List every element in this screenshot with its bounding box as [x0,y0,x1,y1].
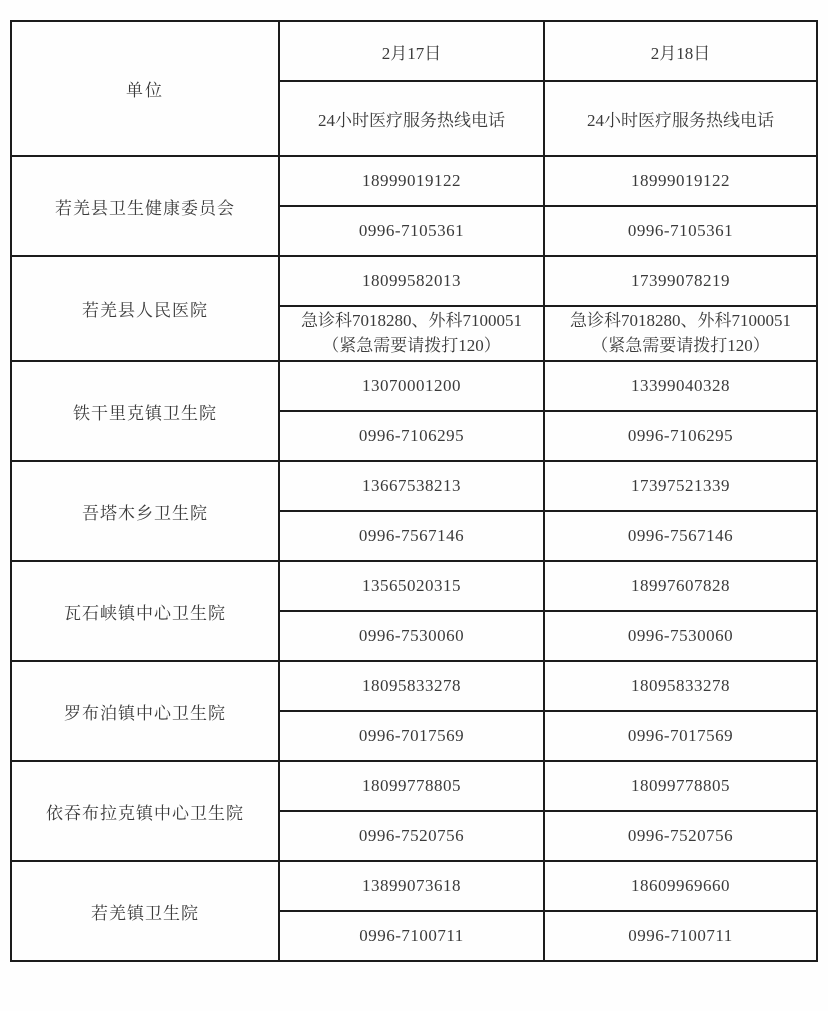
phone-cell: 13070001200 [279,361,544,411]
phone-cell: 0996-7017569 [544,711,817,761]
phone-cell: 18099778805 [544,761,817,811]
phone-cell: 13399040328 [544,361,817,411]
unit-name: 若羌县卫生健康委员会 [11,156,279,256]
unit-name: 瓦石峡镇中心卫生院 [11,561,279,661]
phone-cell: 0996-7567146 [544,511,817,561]
phone-cell: 0996-7100711 [279,911,544,961]
unit-name: 若羌镇卫生院 [11,861,279,961]
unit-name: 铁干里克镇卫生院 [11,361,279,461]
phone-cell: 18095833278 [279,661,544,711]
hotline-subtitle-feb18: 24小时医疗服务热线电话 [544,81,817,156]
phone-cell: 0996-7520756 [279,811,544,861]
phone-cell: 0996-7530060 [279,611,544,661]
unit-name: 依吞布拉克镇中心卫生院 [11,761,279,861]
header-row-dates: 单位 2月17日 2月18日 [11,21,817,81]
table-row: 瓦石峡镇中心卫生院 13565020315 18997607828 [11,561,817,611]
date-header-feb18: 2月18日 [544,21,817,81]
phone-cell: 0996-7530060 [544,611,817,661]
phone-cell: 18999019122 [544,156,817,206]
date-header-feb17: 2月17日 [279,21,544,81]
table-row: 依吞布拉克镇中心卫生院 18099778805 18099778805 [11,761,817,811]
phone-cell: 17397521339 [544,461,817,511]
phone-cell: 0996-7105361 [544,206,817,256]
table-row: 若羌县人民医院 18099582013 17399078219 [11,256,817,306]
table-row: 吾塔木乡卫生院 13667538213 17397521339 [11,461,817,511]
phone-cell: 18099778805 [279,761,544,811]
phone-cell: 0996-7106295 [279,411,544,461]
hotline-table: 单位 2月17日 2月18日 24小时医疗服务热线电话 24小时医疗服务热线电话… [10,20,818,962]
phone-cell: 0996-7106295 [544,411,817,461]
phone-cell: 18999019122 [279,156,544,206]
phone-cell: 13667538213 [279,461,544,511]
hotline-subtitle-feb17: 24小时医疗服务热线电话 [279,81,544,156]
phone-cell: 13565020315 [279,561,544,611]
unit-name: 吾塔木乡卫生院 [11,461,279,561]
unit-name: 罗布泊镇中心卫生院 [11,661,279,761]
table-row: 铁干里克镇卫生院 13070001200 13399040328 [11,361,817,411]
table-row: 罗布泊镇中心卫生院 18095833278 18095833278 [11,661,817,711]
unit-column-header: 单位 [11,21,279,156]
phone-cell: 0996-7567146 [279,511,544,561]
phone-cell: 0996-7520756 [544,811,817,861]
table-row: 若羌县卫生健康委员会 18999019122 18999019122 [11,156,817,206]
phone-cell: 18095833278 [544,661,817,711]
phone-cell: 17399078219 [544,256,817,306]
phone-cell: 13899073618 [279,861,544,911]
emergency-note-cell: 急诊科7018280、外科7100051 （紧急需要请拨打120） [544,306,817,361]
phone-cell: 18609969660 [544,861,817,911]
phone-cell: 0996-7017569 [279,711,544,761]
page: 单位 2月17日 2月18日 24小时医疗服务热线电话 24小时医疗服务热线电话… [0,0,828,1011]
phone-cell: 0996-7100711 [544,911,817,961]
emergency-note-cell: 急诊科7018280、外科7100051 （紧急需要请拨打120） [279,306,544,361]
phone-cell: 18099582013 [279,256,544,306]
phone-cell: 0996-7105361 [279,206,544,256]
unit-name: 若羌县人民医院 [11,256,279,361]
phone-cell: 18997607828 [544,561,817,611]
table-row: 若羌镇卫生院 13899073618 18609969660 [11,861,817,911]
